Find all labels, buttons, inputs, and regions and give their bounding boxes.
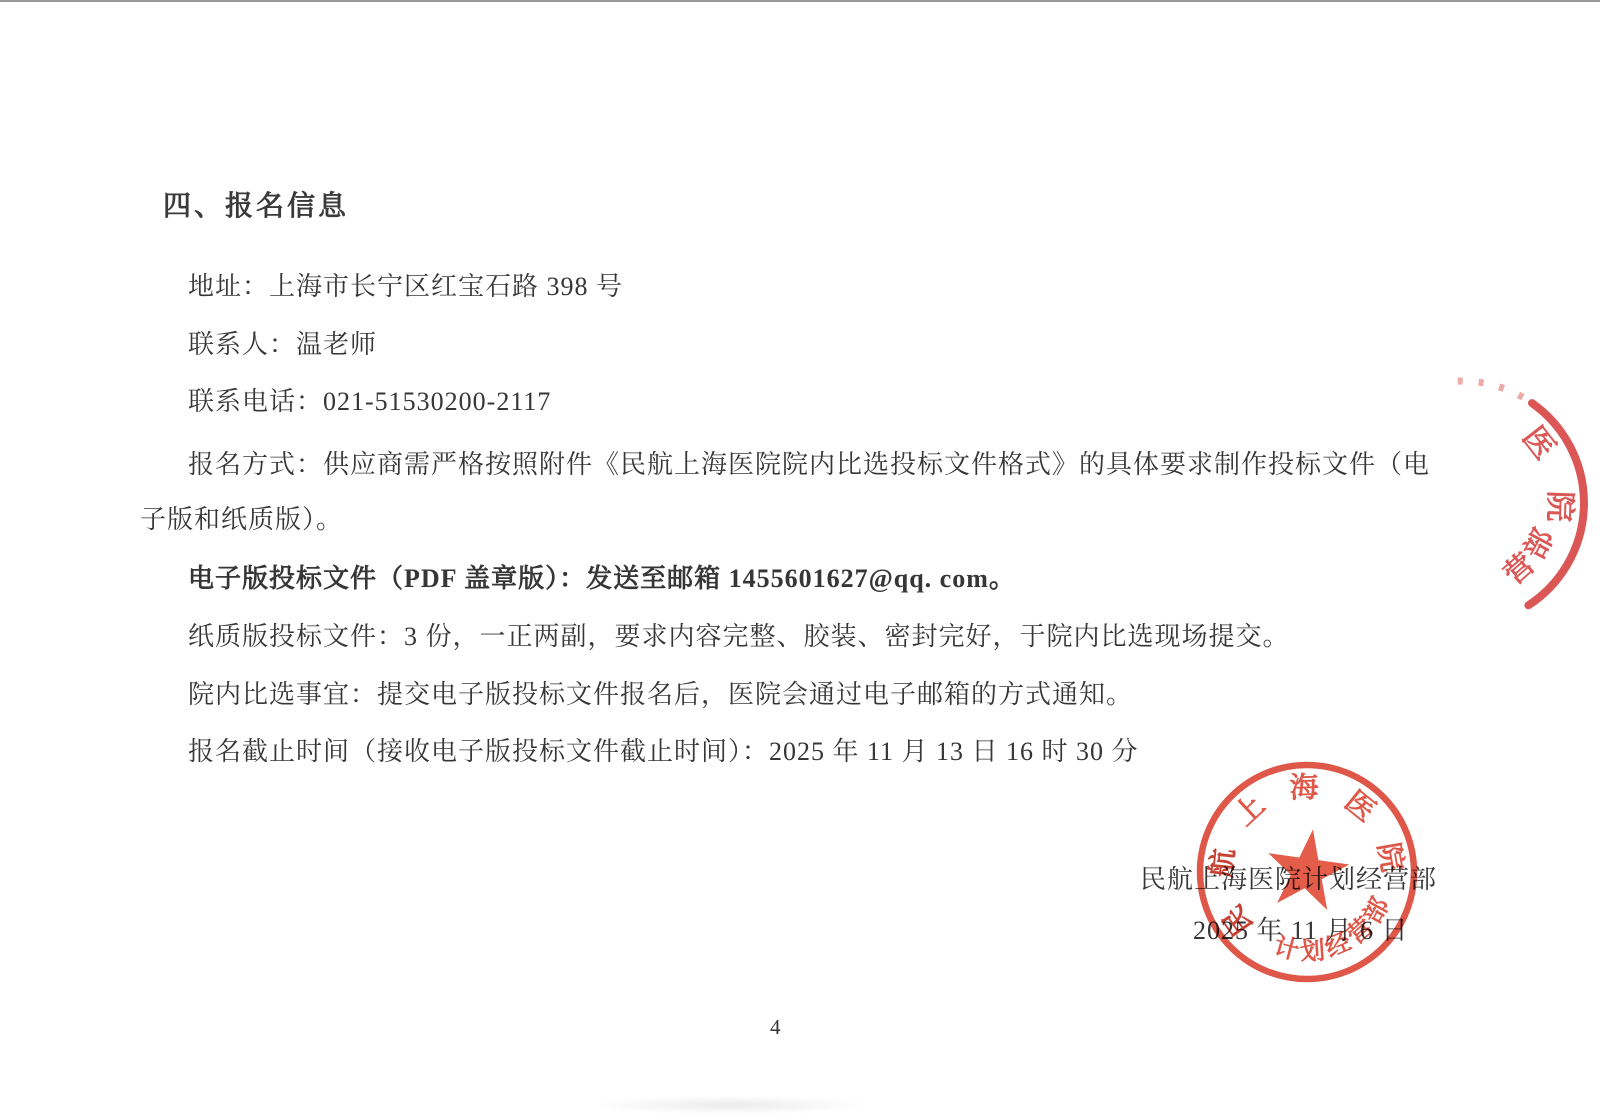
- signature-date: 2025 年 11 月 6 日: [1193, 915, 1409, 946]
- seal-char: 营: [1498, 547, 1542, 591]
- seal-char: 部: [1518, 524, 1561, 565]
- paper-bid-line: 纸质版投标文件：3 份，一正两副，要求内容完整、胶装、密封完好，于院内比选现场提…: [188, 621, 1290, 652]
- registration-method-line-2: 子版和纸质版）。: [140, 504, 343, 535]
- scanned-document-page: 四、报名信息 地址：上海市长宁区红宝石路 398 号 联系人：温老师 联系电话：…: [0, 0, 1600, 1119]
- seal-char: 医: [1516, 420, 1563, 466]
- address-line: 地址：上海市长宁区红宝石路 398 号: [188, 271, 623, 302]
- scan-smudge-artifact: [590, 1096, 870, 1114]
- electronic-bid-line: 电子版投标文件（PDF 盖章版）：发送至邮箱 1455601627@qq. co…: [188, 563, 1016, 594]
- contact-person-line: 联系人：温老师: [188, 329, 377, 360]
- seal-char: 海: [1289, 771, 1320, 805]
- internal-selection-line: 院内比选事宜：提交电子版投标文件报名后，医院会通过电子邮箱的方式通知。: [188, 679, 1133, 710]
- seal-ring-arc: [1528, 403, 1584, 605]
- contact-phone-line: 联系电话：021-51530200-2117: [188, 386, 551, 417]
- seal-char: 院: [1542, 490, 1578, 522]
- scan-edge-artifact: [0, 0, 1600, 2]
- signature-department: 民航上海医院计划经营部: [1140, 864, 1437, 895]
- registration-method-line-1: 报名方式：供应商需严格按照附件《民航上海医院院内比选投标文件格式》的具体要求制作…: [188, 449, 1430, 480]
- seal-ring-fragment: [1458, 381, 1523, 397]
- page-number: 4: [770, 1015, 781, 1040]
- deadline-line: 报名截止时间（接收电子版投标文件截止时间）：2025 年 11 月 13 日 1…: [188, 736, 1139, 767]
- partial-seal-stamp: 医 院 营 部: [1312, 353, 1600, 653]
- seal-char: 医: [1338, 784, 1381, 828]
- section-heading: 四、报名信息: [163, 184, 349, 224]
- seal-char: 上: [1227, 788, 1271, 832]
